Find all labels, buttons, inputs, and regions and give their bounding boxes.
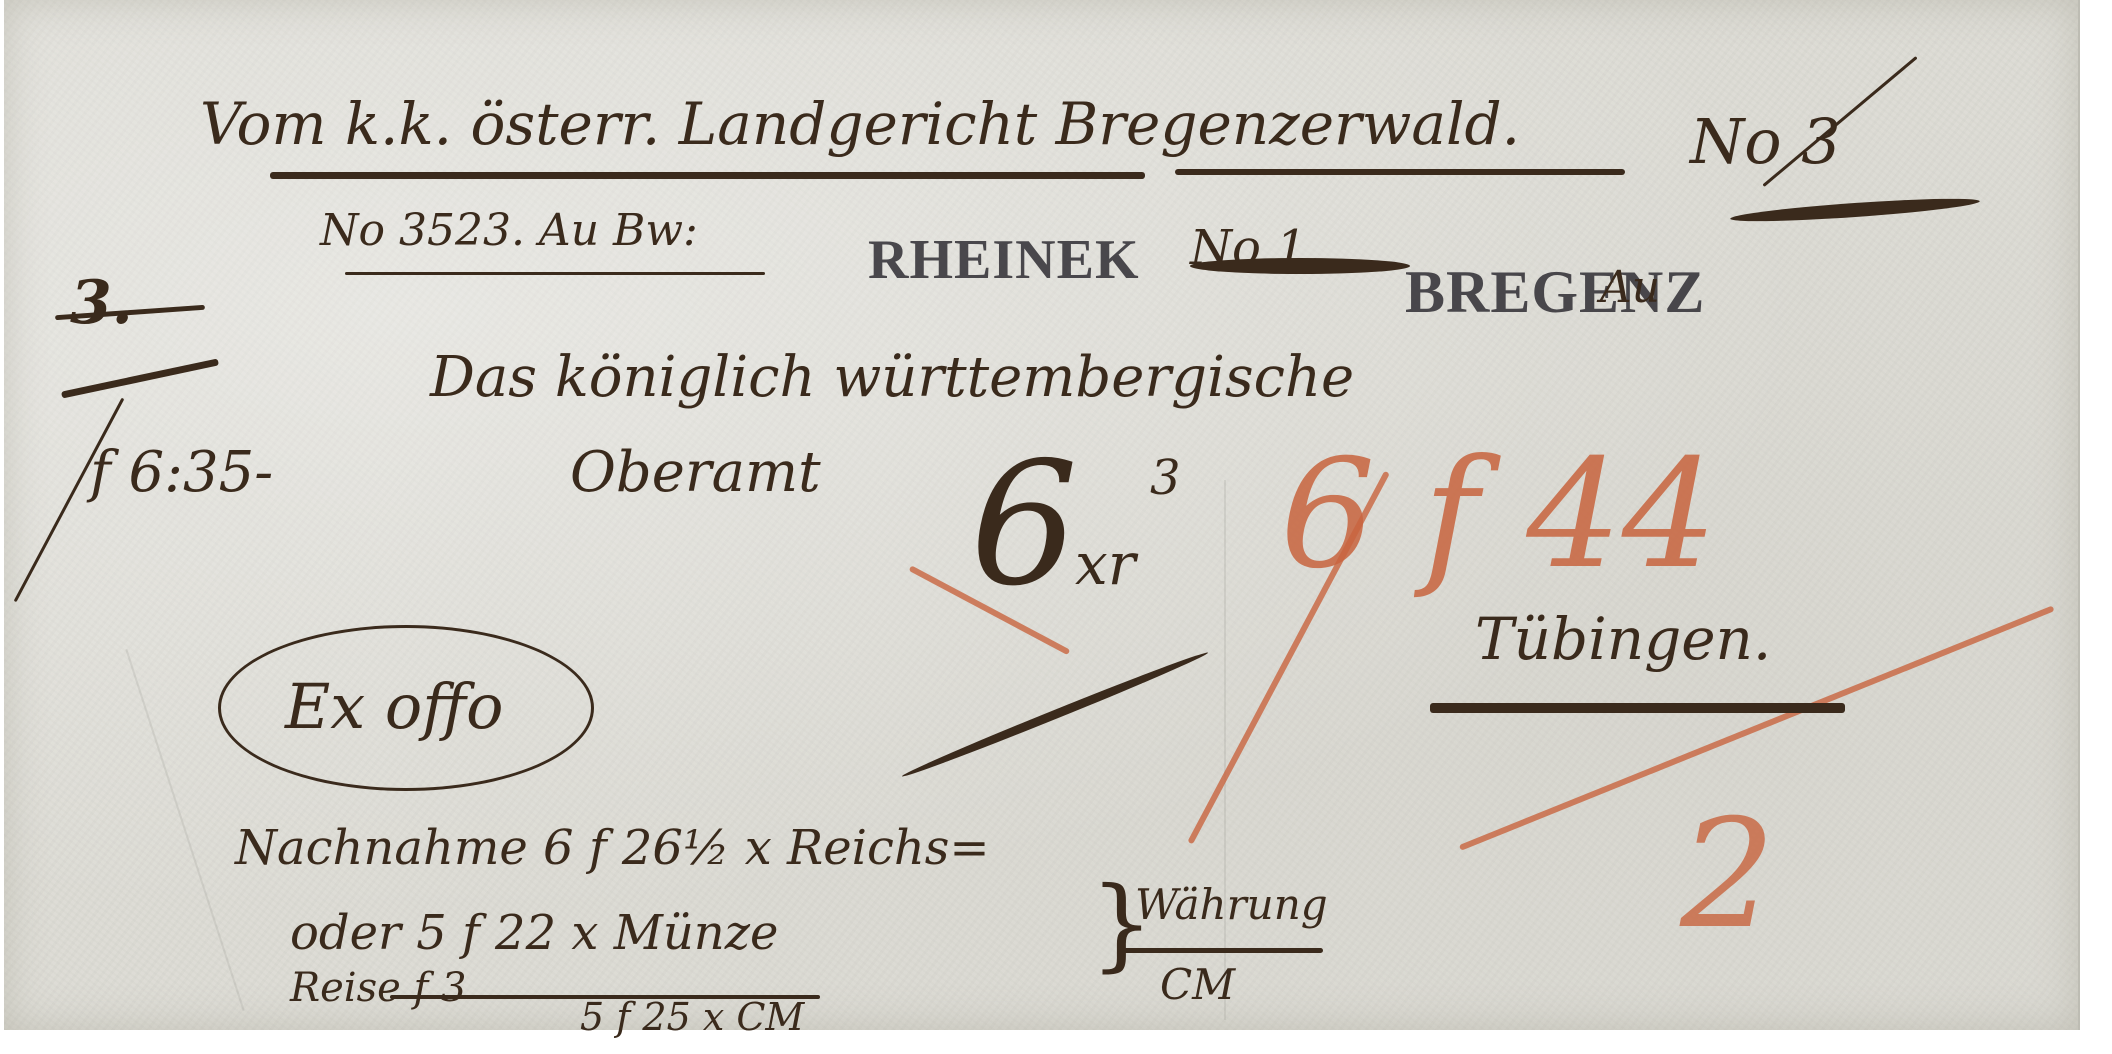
bregenz-overwrite: Au (1600, 262, 1660, 313)
left-margin-note: 3. (70, 268, 133, 338)
sender-underline-2 (1175, 169, 1625, 175)
sender-underline-1 (270, 172, 1145, 179)
destination-city: Tübingen. (1475, 605, 1771, 673)
addressee-line-1: Das königlich württembergische (430, 345, 1354, 410)
postage-black-amount: 6 (970, 440, 1078, 610)
postage-red-amount: 6 f 44 (1280, 440, 1717, 590)
red-digit-2: 2 (1680, 800, 1775, 950)
postage-black-sup: 3 (1150, 450, 1181, 506)
postage-black-unit: xr (1075, 530, 1135, 598)
fold-crease (1224, 480, 1226, 1020)
no1-strike (1190, 258, 1410, 274)
reference-number: No 3523. Au Bw: (320, 205, 698, 256)
ex-officio-text: Ex offo (285, 670, 504, 743)
bracket-label: Währung (1135, 880, 1328, 929)
reference-underline (345, 272, 765, 275)
sender-line: Vom k.k. österr. Landgericht Bregenzerwa… (200, 90, 1520, 158)
bottom-note-line-1: Nachnahme 6 f 26½ x Reichs= (235, 820, 990, 876)
bottom-note-line-2: oder 5 f 22 x Münze (290, 905, 778, 961)
bregenz-postmark: BREGENZ (1405, 258, 1705, 327)
bracket-underline (1118, 948, 1323, 953)
bottom-note-line-4: 5 f 25 x CM (580, 995, 804, 1039)
addressee-line-2: Oberamt (570, 440, 821, 505)
rheinek-postmark: RHEINEK (868, 228, 1140, 292)
bottom-note-line-3: Reise f 3 (290, 965, 466, 1011)
left-amount: f 6:35- (90, 440, 273, 505)
destination-underline (1430, 703, 1845, 713)
bracket-sub: CM (1160, 960, 1235, 1009)
